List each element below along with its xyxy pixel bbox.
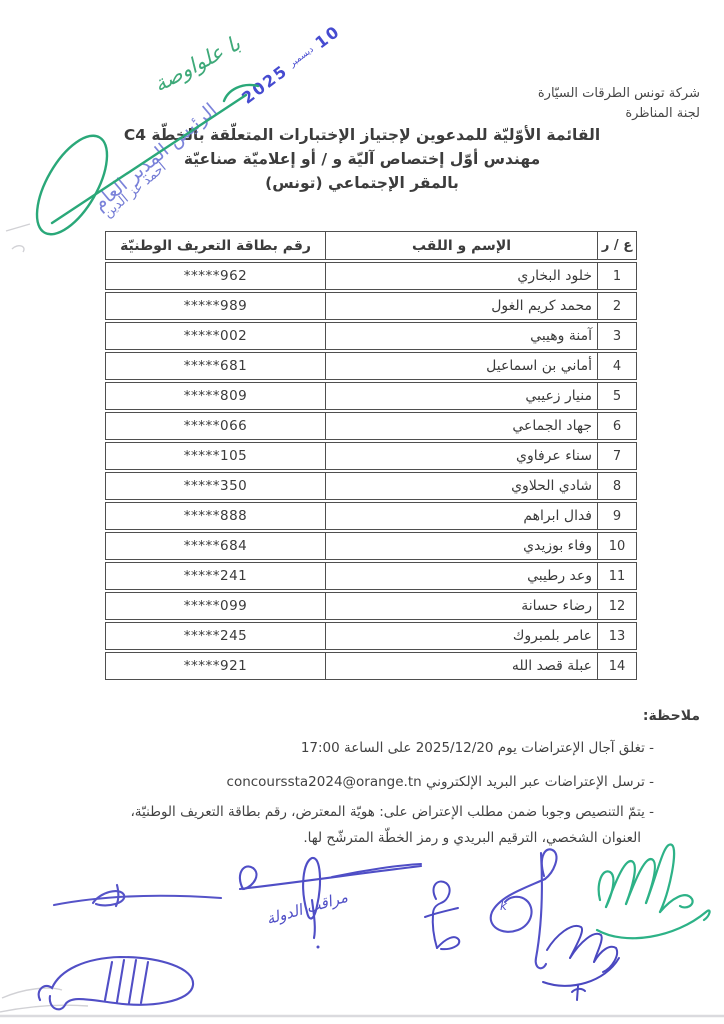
serial-cell: 10 [597,533,636,559]
table-row: 9 فدال ابراهم *****888 [105,502,637,530]
signature-7-green [597,844,710,938]
id-cell: *****888 [106,503,325,529]
note-email: - ترسل الإعتراضات عبر البريد الإلكتروني … [94,771,654,793]
company-name: شركة تونس الطرقات السيّارة [538,84,700,104]
serial-cell: 2 [597,293,636,319]
serial-cell: 11 [597,563,636,589]
note-requirements: - يتمّ التنصيص وجوبا ضمن مطلب الإعتراض ع… [94,801,654,823]
table-row: 1 خلود البخاري *****962 [105,262,637,290]
table-row: 10 وفاء بوزيدي *****684 [105,532,637,560]
id-cell: *****989 [106,293,325,319]
id-cell: *****245 [106,623,325,649]
name-cell: آمنة وهيبي [325,323,597,349]
table-row: 5 منيار زعيبي *****809 [105,382,637,410]
serial-cell: 9 [597,503,636,529]
title-line-3: بالمقر الإجتماعي (تونس) [0,171,724,195]
serial-cell: 12 [597,593,636,619]
notes-list: - تغلق آجال الإعتراضات يوم 2025/12/20 عل… [94,737,654,849]
id-cell: *****002 [106,323,325,349]
note-requirements-cont: العنوان الشخصي، الترقيم البريدي و رمز ال… [94,827,641,849]
serial-cell: 7 [597,443,636,469]
date-stamp-day: 10 [312,21,344,52]
signature-6 [543,926,619,1000]
handwritten-green-annotation: با علواوصة [116,13,277,114]
id-cell: *****809 [106,383,325,409]
name-cell: جهاد الجماعي [325,413,597,439]
id-cell: *****681 [106,353,325,379]
id-cell: *****962 [106,263,325,289]
column-header-id: رقم بطاقة التعريف الوطنيّة [106,232,325,259]
table-row: 2 محمد كريم الغول *****989 [105,292,637,320]
signature-k-glyph: k [500,899,507,913]
serial-cell: 5 [597,383,636,409]
name-cell: محمد كريم الغول [325,293,597,319]
signature-5 [491,849,557,968]
table-row: 11 وعد رطيبي *****241 [105,562,637,590]
name-cell: سناء عرفاوي [325,443,597,469]
table-row: 8 شادي الحلاوي *****350 [105,472,637,500]
id-cell: *****350 [106,473,325,499]
scanned-document-page: شركة تونس الطرقات السيّارة لجنة المناظرة… [0,0,724,1024]
date-stamp-year: 2025 [238,61,291,108]
id-cell: *****099 [106,593,325,619]
table-row: 3 آمنة وهيبي *****002 [105,322,637,350]
serial-cell: 3 [597,323,636,349]
id-cell: *****684 [106,533,325,559]
table-row: 13 عامر بلمبروك *****245 [105,622,637,650]
table-header-row: ع / ر الإسم و اللقب رقم بطاقة التعريف ال… [105,231,637,260]
name-cell: فدال ابراهم [325,503,597,529]
title-line-1: القائمة الأوّليّة للمدعوين لإجتياز الإخت… [0,123,724,147]
id-cell: *****105 [106,443,325,469]
date-stamp-month: ديسمبر [288,44,316,68]
table-row: 7 سناء عرفاوي *****105 [105,442,637,470]
serial-cell: 4 [597,353,636,379]
signature-2-state-controller [240,858,421,949]
notes-heading: ملاحظة: [643,708,700,724]
serial-cell: 13 [597,623,636,649]
column-header-name: الإسم و اللقب [325,232,597,259]
candidates-table: ع / ر الإسم و اللقب رقم بطاقة التعريف ال… [105,231,637,682]
signature-3 [39,957,193,1009]
serial-cell: 8 [597,473,636,499]
serial-cell: 6 [597,413,636,439]
name-cell: أماني بن اسماعيل [325,353,597,379]
date-stamp: 10 ديسمبر 2025 [233,17,350,112]
signature-1 [54,885,221,906]
name-cell: شادي الحلاوي [325,473,597,499]
company-header: شركة تونس الطرقات السيّارة لجنة المناظرة [538,84,700,124]
name-cell: وفاء بوزيدي [325,533,597,559]
name-cell: عبلة قصد الله [325,653,597,679]
table-row: 6 جهاد الجماعي *****066 [105,412,637,440]
column-header-serial: ع / ر [597,232,636,259]
name-cell: وعد رطيبي [325,563,597,589]
name-cell: عامر بلمبروك [325,623,597,649]
id-cell: *****921 [106,653,325,679]
id-cell: *****241 [106,563,325,589]
name-cell: خلود البخاري [325,263,597,289]
serial-cell: 14 [597,653,636,679]
id-cell: *****066 [106,413,325,439]
title-line-2: مهندس أوّل إختصاص آليّة و / أو إعلاميّة … [0,147,724,171]
name-cell: رضاء حسانة [325,593,597,619]
committee-name: لجنة المناظرة [538,104,700,124]
state-controller-handwriting: مراقب الدولة [229,878,386,939]
note-deadline: - تغلق آجال الإعتراضات يوم 2025/12/20 عل… [94,737,654,759]
table-row: 4 أماني بن اسماعيل *****681 [105,352,637,380]
name-cell: منيار زعيبي [325,383,597,409]
document-title: القائمة الأوّليّة للمدعوين لإجتياز الإخت… [0,123,724,195]
table-row: 14 عبلة قصد الله *****921 [105,652,637,680]
serial-cell: 1 [597,263,636,289]
table-row: 12 رضاء حسانة *****099 [105,592,637,620]
signature-4 [425,881,459,949]
scan-artifacts [0,224,88,1012]
